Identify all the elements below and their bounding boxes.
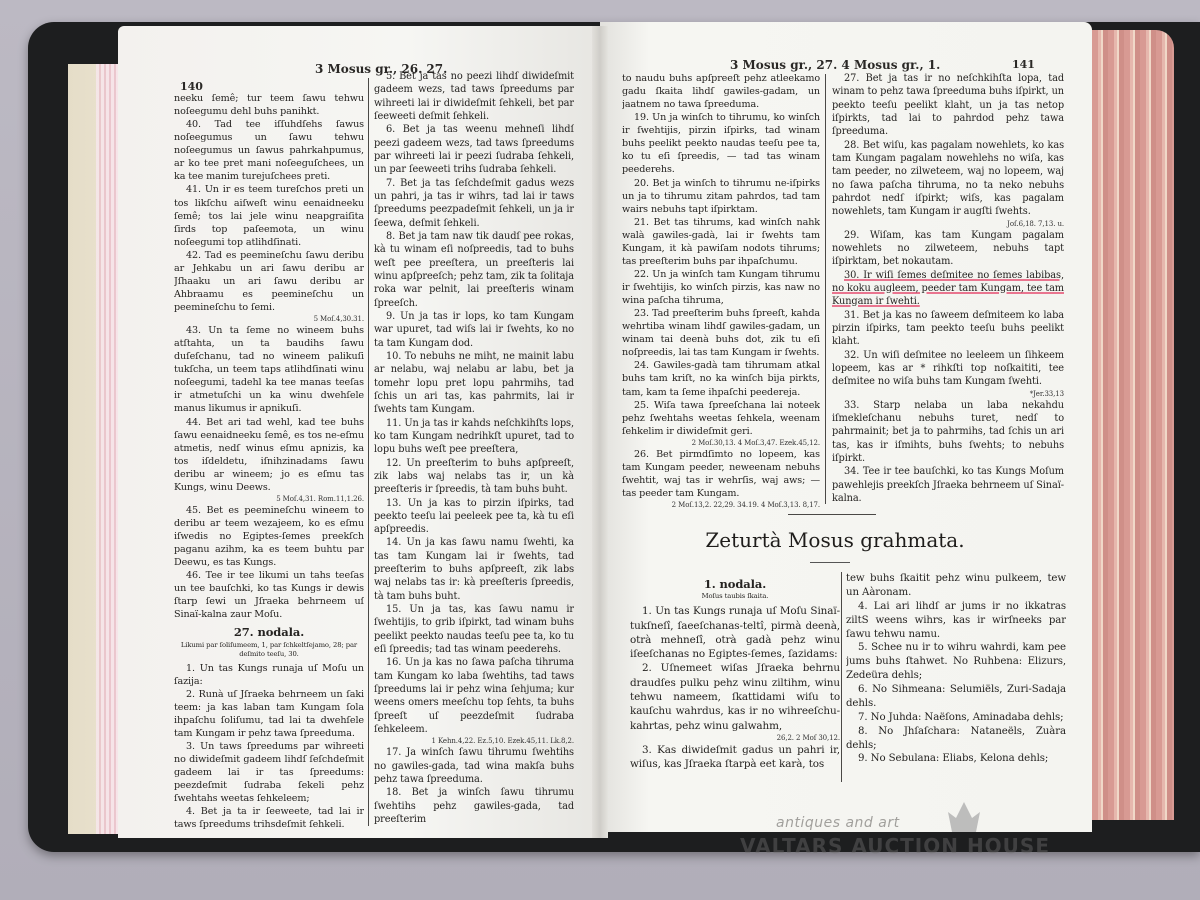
crown-logo-icon [946,802,982,832]
chapter-summary: Likumi par ſoliſumeem, 1, par ſchkeltſej… [174,641,364,659]
book-separator-rule [788,514,876,515]
cross-reference: Joſ.6,18. 7,13. u. [832,219,1064,229]
column-divider-left [368,78,369,826]
verse: 2. Uſnemeet wiſas Jſraeka behrnu draudſe… [630,661,840,732]
left-page-column-1: neeku ſemê; tur teem ſawu tehwu noſeegum… [174,92,364,831]
new-chapter-column-1: 1. nodala.Moſus taubis ſkaita.1. Un tas … [630,572,840,772]
verse: 41. Un ir es teem tureſchos preti un tos… [174,183,364,248]
verse: 14. Un ja kas ſawu namu ſwehti, ka tas t… [374,536,574,603]
verse: 8. Bet ja tam naw tik daudſ pee rokas, k… [374,230,574,310]
book-title: Zeturtà Mosus grahmata. [700,528,970,552]
verse: 10. To nebuhs ne miht, ne mainit labu ar… [374,350,574,417]
verse: 26. Bet pirmdſimto no lopeem, kas tam Ku… [622,448,820,500]
verse: 29. Wiſam, kas tam Kungam pagalam nowehl… [832,229,1064,269]
verse: tew buhs ſkaitit pehz winu pulkeem, tew … [846,572,1066,600]
verse: 1. Un tas Kungs runaja uſ Moſu Sinaï-tuk… [630,604,840,661]
verse: 44. Bet ari tad wehl, kad tee buhs ſawu … [174,416,364,494]
verse: 2. Runà uſ Jſraeka behrneem un ſaki teem… [174,688,364,740]
column-divider-right-top [825,74,826,504]
verse: 1. Un tas Kungs runaja uſ Moſu un ſazija… [174,662,364,688]
new-chapter-column-2: tew buhs ſkaitit pehz winu pulkeem, tew … [846,572,1066,766]
verse: 43. Un ta ſeme no wineem buhs atſtahta, … [174,324,364,415]
cross-reference: 5 Moſ.4,31. Rom.11,1.26. [174,494,364,504]
verse: 5. Schee nu ir to wihru wahrdi, kam pee … [846,641,1066,683]
verse: 15. Un ja tas, kas ſawu namu ir ſwehtiji… [374,603,574,656]
verse: 21. Bet tas tihrums, kad winſch nahk wal… [622,216,820,268]
verse: 42. Tad es peemineſchu ſawu deribu ar Je… [174,249,364,314]
verse: to naudu buhs apſpreeſt pehz atleekamo g… [622,72,820,111]
right-page-column-1: to naudu buhs apſpreeſt pehz atleekamo g… [622,72,820,510]
verse: 27. Bet ja tas ir no neſchkihſta lopa, t… [832,72,1064,139]
verse: 9. No Sebulana: Eliabs, Kelona dehls; [846,752,1066,766]
verse: 20. Bet ja winſch to tihrumu ne-iſpirks … [622,177,820,216]
page-number-right: 141 [1012,58,1035,71]
verse: 17. Ja winſch ſawu tihrumu ſwehtihs no g… [374,746,574,786]
book-gutter [592,26,608,838]
verse: 31. Bet ja kas no ſaweem deſmiteem ko la… [832,309,1064,349]
verse: 34. Tee ir tee bauſchki, ko tas Kungs Mo… [832,465,1064,505]
watermark-tagline: antiques and art [776,815,900,831]
verse: 6. Bet ja tas weenu mehneſi lihdſ peezi … [374,123,574,176]
chapter-summary: Moſus taubis ſkaita. [630,592,840,601]
verse: 4. Lai ari lihdſ ar jums ir no ikkatras … [846,600,1066,642]
verse: 8. No Jhſaſchara: Nataneëls, Zuàra dehls… [846,725,1066,753]
right-page-red-edge [1092,30,1174,820]
chapter-title: 1. nodala. [630,577,840,591]
verse: 30. Ir wiſi ſemes deſmitee no ſemes labi… [832,269,1064,309]
verse: 25. Wiſa tawa ſpreeſchana lai noteek peh… [622,399,820,438]
verse: 11. Un ja tas ir kahds neſchkihſts lops,… [374,417,574,457]
verse: 45. Bet es peemineſchu wineem to deribu … [174,504,364,569]
verse: 12. Un preeſterim to buhs apſpreeſt, zik… [374,457,574,497]
verse: 40. Tad tee iſſuhdſehs ſawus noſeegumus … [174,118,364,183]
verse: 16. Un ja kas no ſawa paſcha tihruma tam… [374,656,574,736]
verse: 19. Un ja winſch to tihrumu, ko winſch i… [622,111,820,176]
chapter-title: 27. nodala. [174,626,364,639]
verse: 32. Un wiſi deſmitee no leeleem un ſihke… [832,349,1064,389]
watermark-brand: VALTARS AUCTION HOUSE [740,834,1050,858]
verse: 46. Tee ir tee likumi un tahs teeſas un … [174,569,364,621]
verse: 4. Bet ja ta ir ſeeweete, tad lai ir taw… [174,805,364,831]
verse: 7. No Juhda: Naëſons, Aminadaba dehls; [846,711,1066,725]
verse: 22. Un ja winſch tam Kungam tihrumu ir ſ… [622,268,820,307]
column-divider-right-bottom [841,572,842,782]
left-page-column-2: 5. Bet ja tas no peezi lihdſ diwideſmit … [374,70,574,826]
verse: 23. Tad preeſterim buhs ſpreeſt, kahda w… [622,307,820,359]
verse: 9. Un ja tas ir lops, ko tam Kungam war … [374,310,574,350]
cross-reference: *Jer.33,13 [832,389,1064,399]
verse: 18. Bet ja winſch ſawu tihrumu ſwehtihs … [374,786,574,826]
verse: 5. Bet ja tas no peezi lihdſ diwideſmit … [374,70,574,123]
cross-reference: 1 Kehn.4,22. Ez.5,10. Ezek.45,11. Lk.8,2… [374,736,574,746]
verse: 13. Un ja kas to pirzin iſpirks, tad pee… [374,497,574,537]
cross-reference: 2 Moſ.13,2. 22,29. 34.19. 4 Moſ.3,13. 8,… [622,500,820,510]
verse: neeku ſemê; tur teem ſawu tehwu noſeegum… [174,92,364,118]
cross-reference: 2 Moſ.30,13. 4 Moſ.3,47. Ezek.45,12. [622,438,820,448]
cross-reference: 26,2. 2 Moſ 30,12. [630,733,840,743]
verse: 33. Starp nelaba un laba nekahdu iſmekle… [832,399,1064,466]
title-rule [810,562,850,563]
running-head-right: 3 Mosus gr., 27. 4 Mosus gr., 1. [730,58,940,72]
verse: 24. Gawiles-gadà tam tihrumam atkal buhs… [622,359,820,398]
verse: 7. Bet ja tas ſeſchdeſmit gadus wezs un … [374,177,574,230]
verse: 3. Kas diwideſmit gadus un pahri ir, wiſ… [630,743,840,772]
cross-reference: 5 Moſ.4,30.31. [174,314,364,324]
verse: 28. Bet wiſu, kas pagalam nowehlets, ko … [832,139,1064,219]
right-page-column-2: 27. Bet ja tas ir no neſchkihſta lopa, t… [832,72,1064,505]
verse: 6. No Sihmeana: Selumiëls, Zuri-Sadaja d… [846,683,1066,711]
verse: 3. Un taws ſpreedums par wihreeti no diw… [174,740,364,805]
